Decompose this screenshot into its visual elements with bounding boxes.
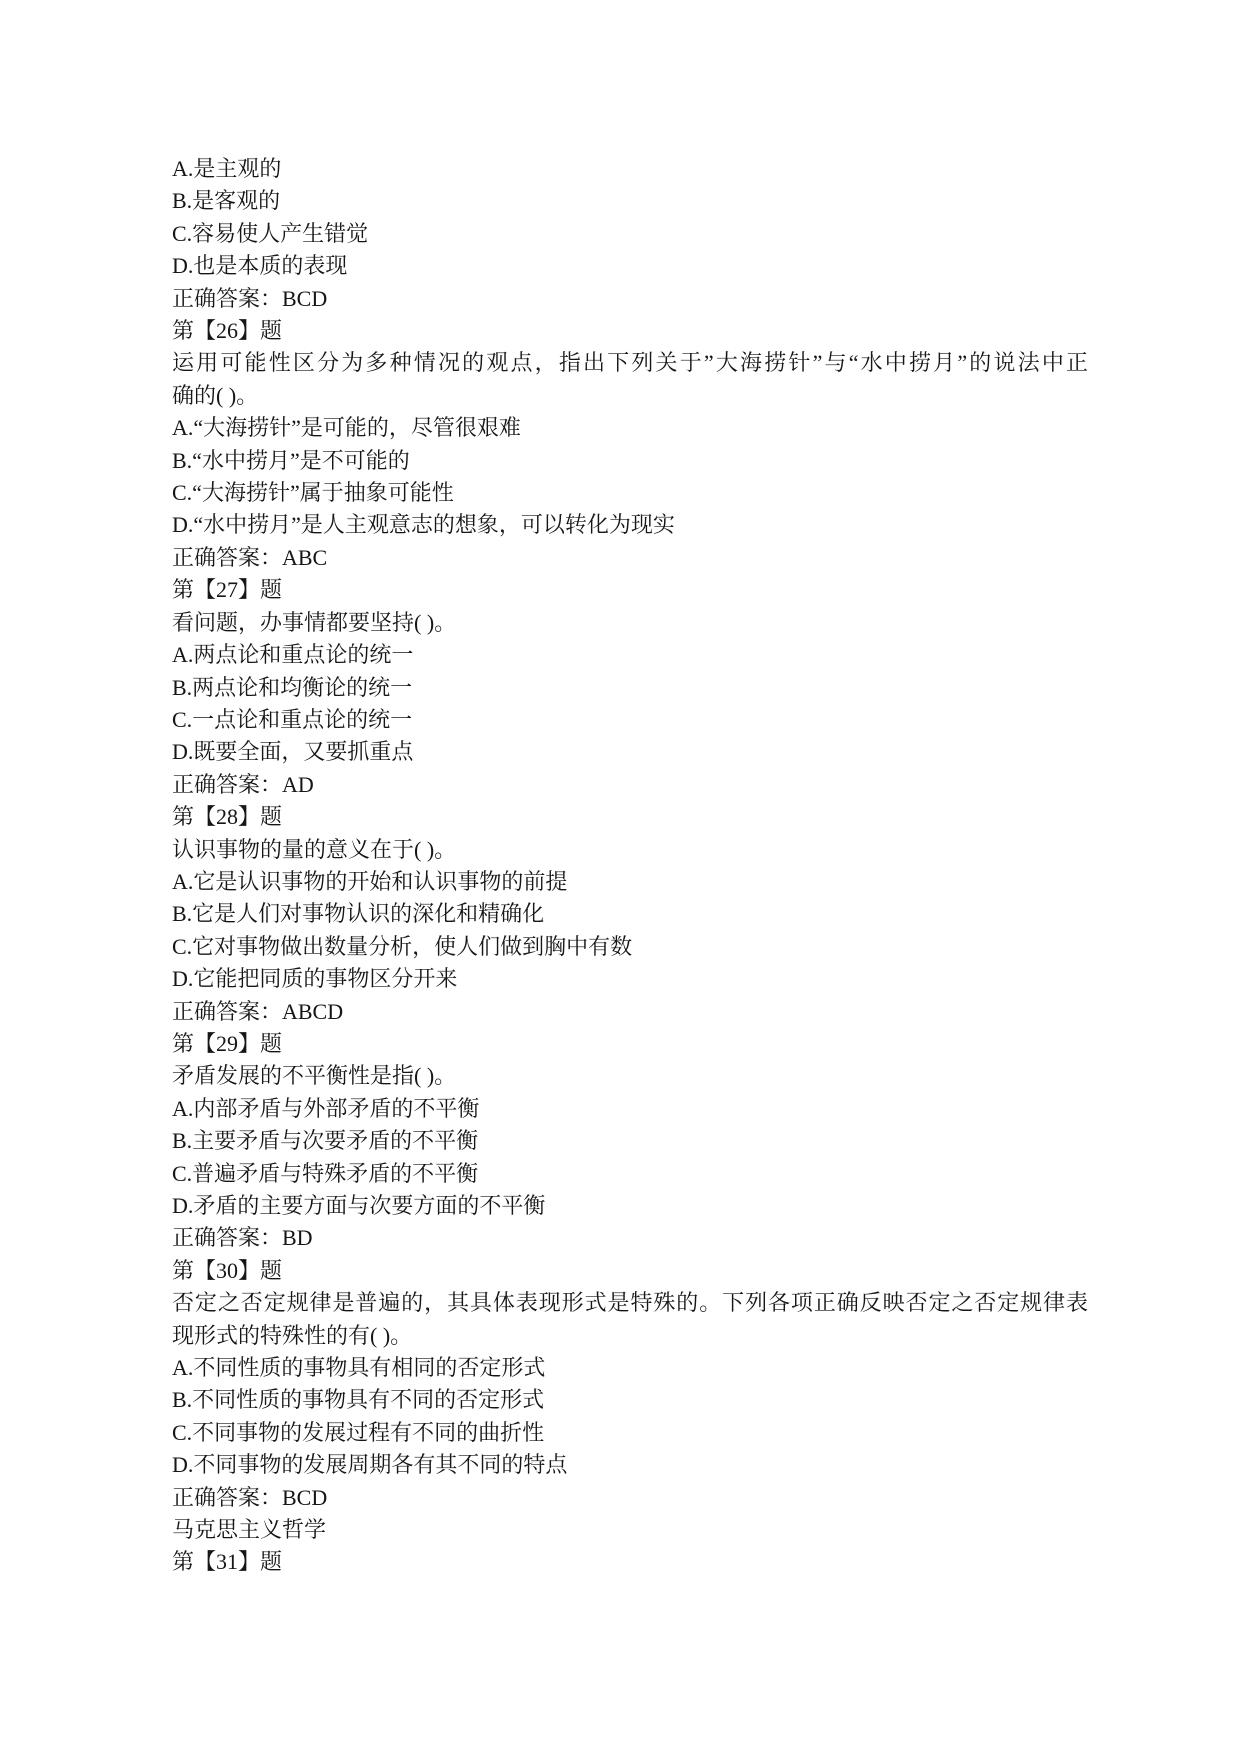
option-line: D.也是本质的表现 <box>172 250 1088 282</box>
option-line: B.“水中捞月”是不可能的 <box>172 445 1088 477</box>
option-line: D.矛盾的主要方面与次要方面的不平衡 <box>172 1190 1088 1222</box>
option-line: C.普遍矛盾与特殊矛盾的不平衡 <box>172 1158 1088 1190</box>
answer-line: 正确答案：ABCD <box>172 996 1088 1028</box>
option-line: D.它能把同质的事物区分开来 <box>172 963 1088 995</box>
option-line: B.两点论和均衡论的统一 <box>172 672 1088 704</box>
question-header: 第【26】题 <box>172 315 1088 347</box>
question-header: 第【27】题 <box>172 574 1088 606</box>
option-line: A.两点论和重点论的统一 <box>172 639 1088 671</box>
question-stem-line: 运用可能性区分为多种情况的观点，指出下列关于”大海捞针”与“水中捞月”的说法中正 <box>172 347 1088 379</box>
option-line: A.内部矛盾与外部矛盾的不平衡 <box>172 1093 1088 1125</box>
option-line: A.“大海捞针”是可能的，尽管很艰难 <box>172 412 1088 444</box>
question-header: 第【30】题 <box>172 1255 1088 1287</box>
option-line: A.它是认识事物的开始和认识事物的前提 <box>172 866 1088 898</box>
answer-line: 正确答案：AD <box>172 769 1088 801</box>
option-line: B.不同性质的事物具有不同的否定形式 <box>172 1384 1088 1416</box>
question-header: 第【31】题 <box>172 1546 1088 1578</box>
answer-line: 正确答案：BCD <box>172 283 1088 315</box>
question-header: 第【29】题 <box>172 1028 1088 1060</box>
question-stem-line: 认识事物的量的意义在于( )。 <box>172 834 1088 866</box>
answer-line: 正确答案：BD <box>172 1222 1088 1254</box>
option-line: C.“大海捞针”属于抽象可能性 <box>172 477 1088 509</box>
question-header: 第【28】题 <box>172 801 1088 833</box>
question-stem-line: 确的( )。 <box>172 380 1088 412</box>
answer-line: 正确答案：ABC <box>172 542 1088 574</box>
option-line: D.不同事物的发展周期各有其不同的特点 <box>172 1449 1088 1481</box>
exam-text-block: A.是主观的B.是客观的C.容易使人产生错觉D.也是本质的表现正确答案：BCD第… <box>172 153 1088 1579</box>
option-line: C.容易使人产生错觉 <box>172 218 1088 250</box>
option-line: C.它对事物做出数量分析，使人们做到胸中有数 <box>172 931 1088 963</box>
question-stem-line: 矛盾发展的不平衡性是指( )。 <box>172 1060 1088 1092</box>
option-line: D.“水中捞月”是人主观意志的想象，可以转化为现实 <box>172 509 1088 541</box>
option-line: B.它是人们对事物认识的深化和精确化 <box>172 898 1088 930</box>
questions-list: A.是主观的B.是客观的C.容易使人产生错觉D.也是本质的表现正确答案：BCD第… <box>172 153 1088 1514</box>
question-stem-line: 否定之否定规律是普遍的，其具体表现形式是特殊的。下列各项正确反映否定之否定规律表 <box>172 1287 1088 1319</box>
option-line: C.不同事物的发展过程有不同的曲折性 <box>172 1417 1088 1449</box>
option-line: B.是客观的 <box>172 185 1088 217</box>
option-line: A.不同性质的事物具有相同的否定形式 <box>172 1352 1088 1384</box>
question-stem-line: 现形式的特殊性的有( )。 <box>172 1320 1088 1352</box>
option-line: D.既要全面，又要抓重点 <box>172 736 1088 768</box>
question-stem-line: 看问题，办事情都要坚持( )。 <box>172 607 1088 639</box>
option-line: C.一点论和重点论的统一 <box>172 704 1088 736</box>
document-page: A.是主观的B.是客观的C.容易使人产生错觉D.也是本质的表现正确答案：BCD第… <box>0 0 1241 1754</box>
option-line: A.是主观的 <box>172 153 1088 185</box>
option-line: B.主要矛盾与次要矛盾的不平衡 <box>172 1125 1088 1157</box>
answer-line: 正确答案：BCD <box>172 1482 1088 1514</box>
section-label: 马克思主义哲学 <box>172 1514 1088 1546</box>
